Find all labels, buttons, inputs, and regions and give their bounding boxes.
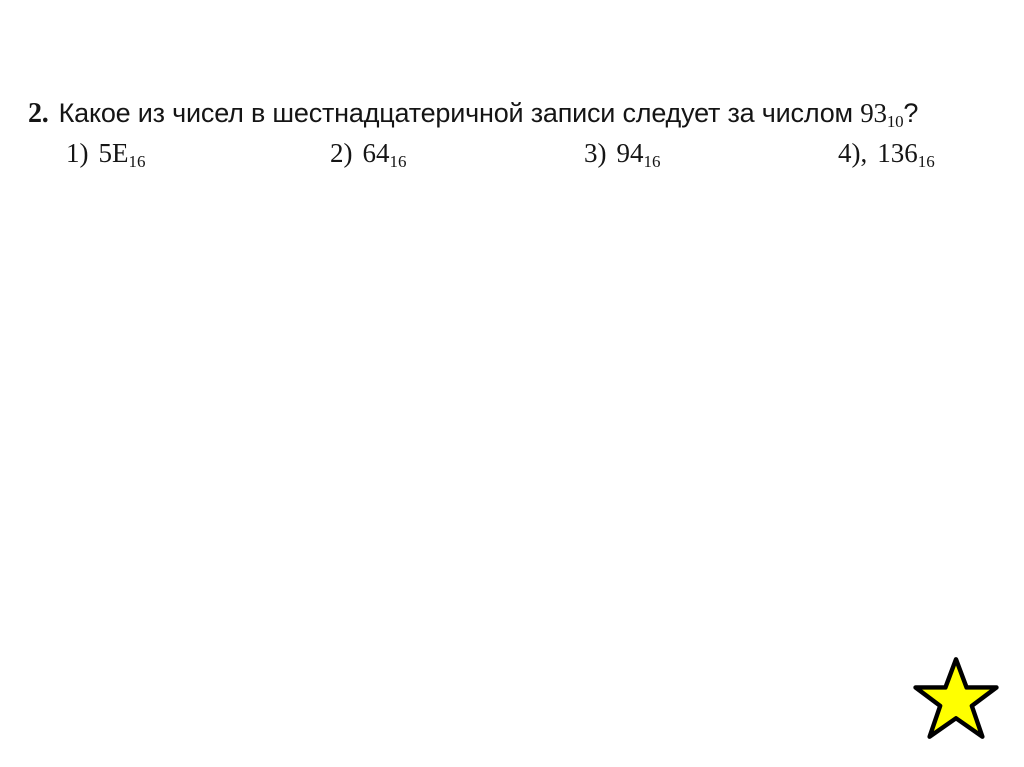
option-4[interactable]: 4),13616 [838, 138, 935, 169]
option-label: 1) [66, 138, 89, 168]
star-icon[interactable] [912, 655, 1000, 741]
given-number: 9310 [860, 98, 903, 128]
question-text: Какое из чисел в шестнадцатеричной запис… [59, 98, 853, 128]
option-base: 16 [129, 152, 146, 171]
option-base: 16 [644, 152, 661, 171]
given-value: 93 [860, 98, 887, 128]
option-base: 16 [390, 152, 407, 171]
option-label: 3) [584, 138, 607, 168]
option-value: 136 [877, 138, 918, 168]
question: 2.Какое из чисел в шестнадцатеричной зап… [28, 98, 918, 130]
question-mark: ? [903, 98, 918, 128]
option-value: 5E [99, 138, 129, 168]
given-base: 10 [887, 112, 904, 131]
option-3[interactable]: 3)9416 [584, 138, 661, 169]
option-1[interactable]: 1)5E16 [66, 138, 146, 169]
option-label: 2) [330, 138, 353, 168]
option-value: 64 [363, 138, 390, 168]
option-label: 4), [838, 138, 867, 168]
option-base: 16 [918, 152, 935, 171]
option-2[interactable]: 2)6416 [330, 138, 407, 169]
option-value: 94 [617, 138, 644, 168]
question-number: 2. [28, 98, 49, 129]
